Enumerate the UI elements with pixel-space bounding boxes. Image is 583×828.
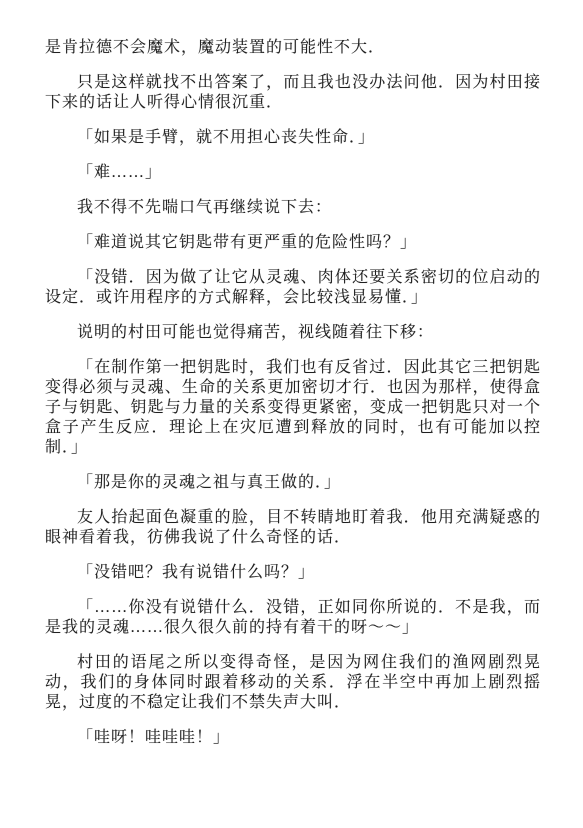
paragraph: 「哇呀！哇哇哇！」 [45, 728, 541, 748]
paragraph: 说明的村田可能也觉得痛苦，视线随着往下移： [45, 323, 541, 343]
paragraph: 只是这样就找不出答案了，而且我也没办法问他．因为村田接下来的话让人听得心情很沉重… [45, 73, 541, 113]
scanned-book-page: 是肯拉德不会魔术，魔动装置的可能性不大．只是这样就找不出答案了，而且我也没办法问… [0, 0, 583, 828]
paragraph: 「……你没有说错什么．没错，正如同你所说的．不是我，而是我的灵魂……很久很久前的… [45, 598, 541, 638]
document-body: 是肯拉德不会魔术，魔动装置的可能性不大．只是这样就找不出答案了，而且我也没办法问… [45, 38, 541, 748]
paragraph: 我不得不先喘口气再继续说下去： [45, 198, 541, 218]
paragraph: 是肯拉德不会魔术，魔动装置的可能性不大． [45, 38, 541, 58]
paragraph: 「没错．因为做了让它从灵魂、肉体还要关系密切的位启动的设定．或许用程序的方式解释… [45, 268, 541, 308]
paragraph: 「难……」 [45, 163, 541, 183]
paragraph: 「如果是手臂，就不用担心丧失性命．」 [45, 128, 541, 148]
paragraph: 「难道说其它钥匙带有更严重的危险性吗？」 [45, 233, 541, 253]
paragraph: 「没错吧？我有说错什么吗？」 [45, 563, 541, 583]
paragraph: 村田的语尾之所以变得奇怪，是因为网住我们的渔网剧烈晃动，我们的身体同时跟着移动的… [45, 653, 541, 713]
paragraph: 「在制作第一把钥匙时，我们也有反省过．因此其它三把钥匙变得必须与灵魂、生命的关系… [45, 358, 541, 458]
paragraph: 友人抬起面色凝重的脸，目不转睛地盯着我．他用充满疑惑的眼神看着我，彷佛我说了什么… [45, 508, 541, 548]
paragraph: 「那是你的灵魂之祖与真王做的．」 [45, 473, 541, 493]
